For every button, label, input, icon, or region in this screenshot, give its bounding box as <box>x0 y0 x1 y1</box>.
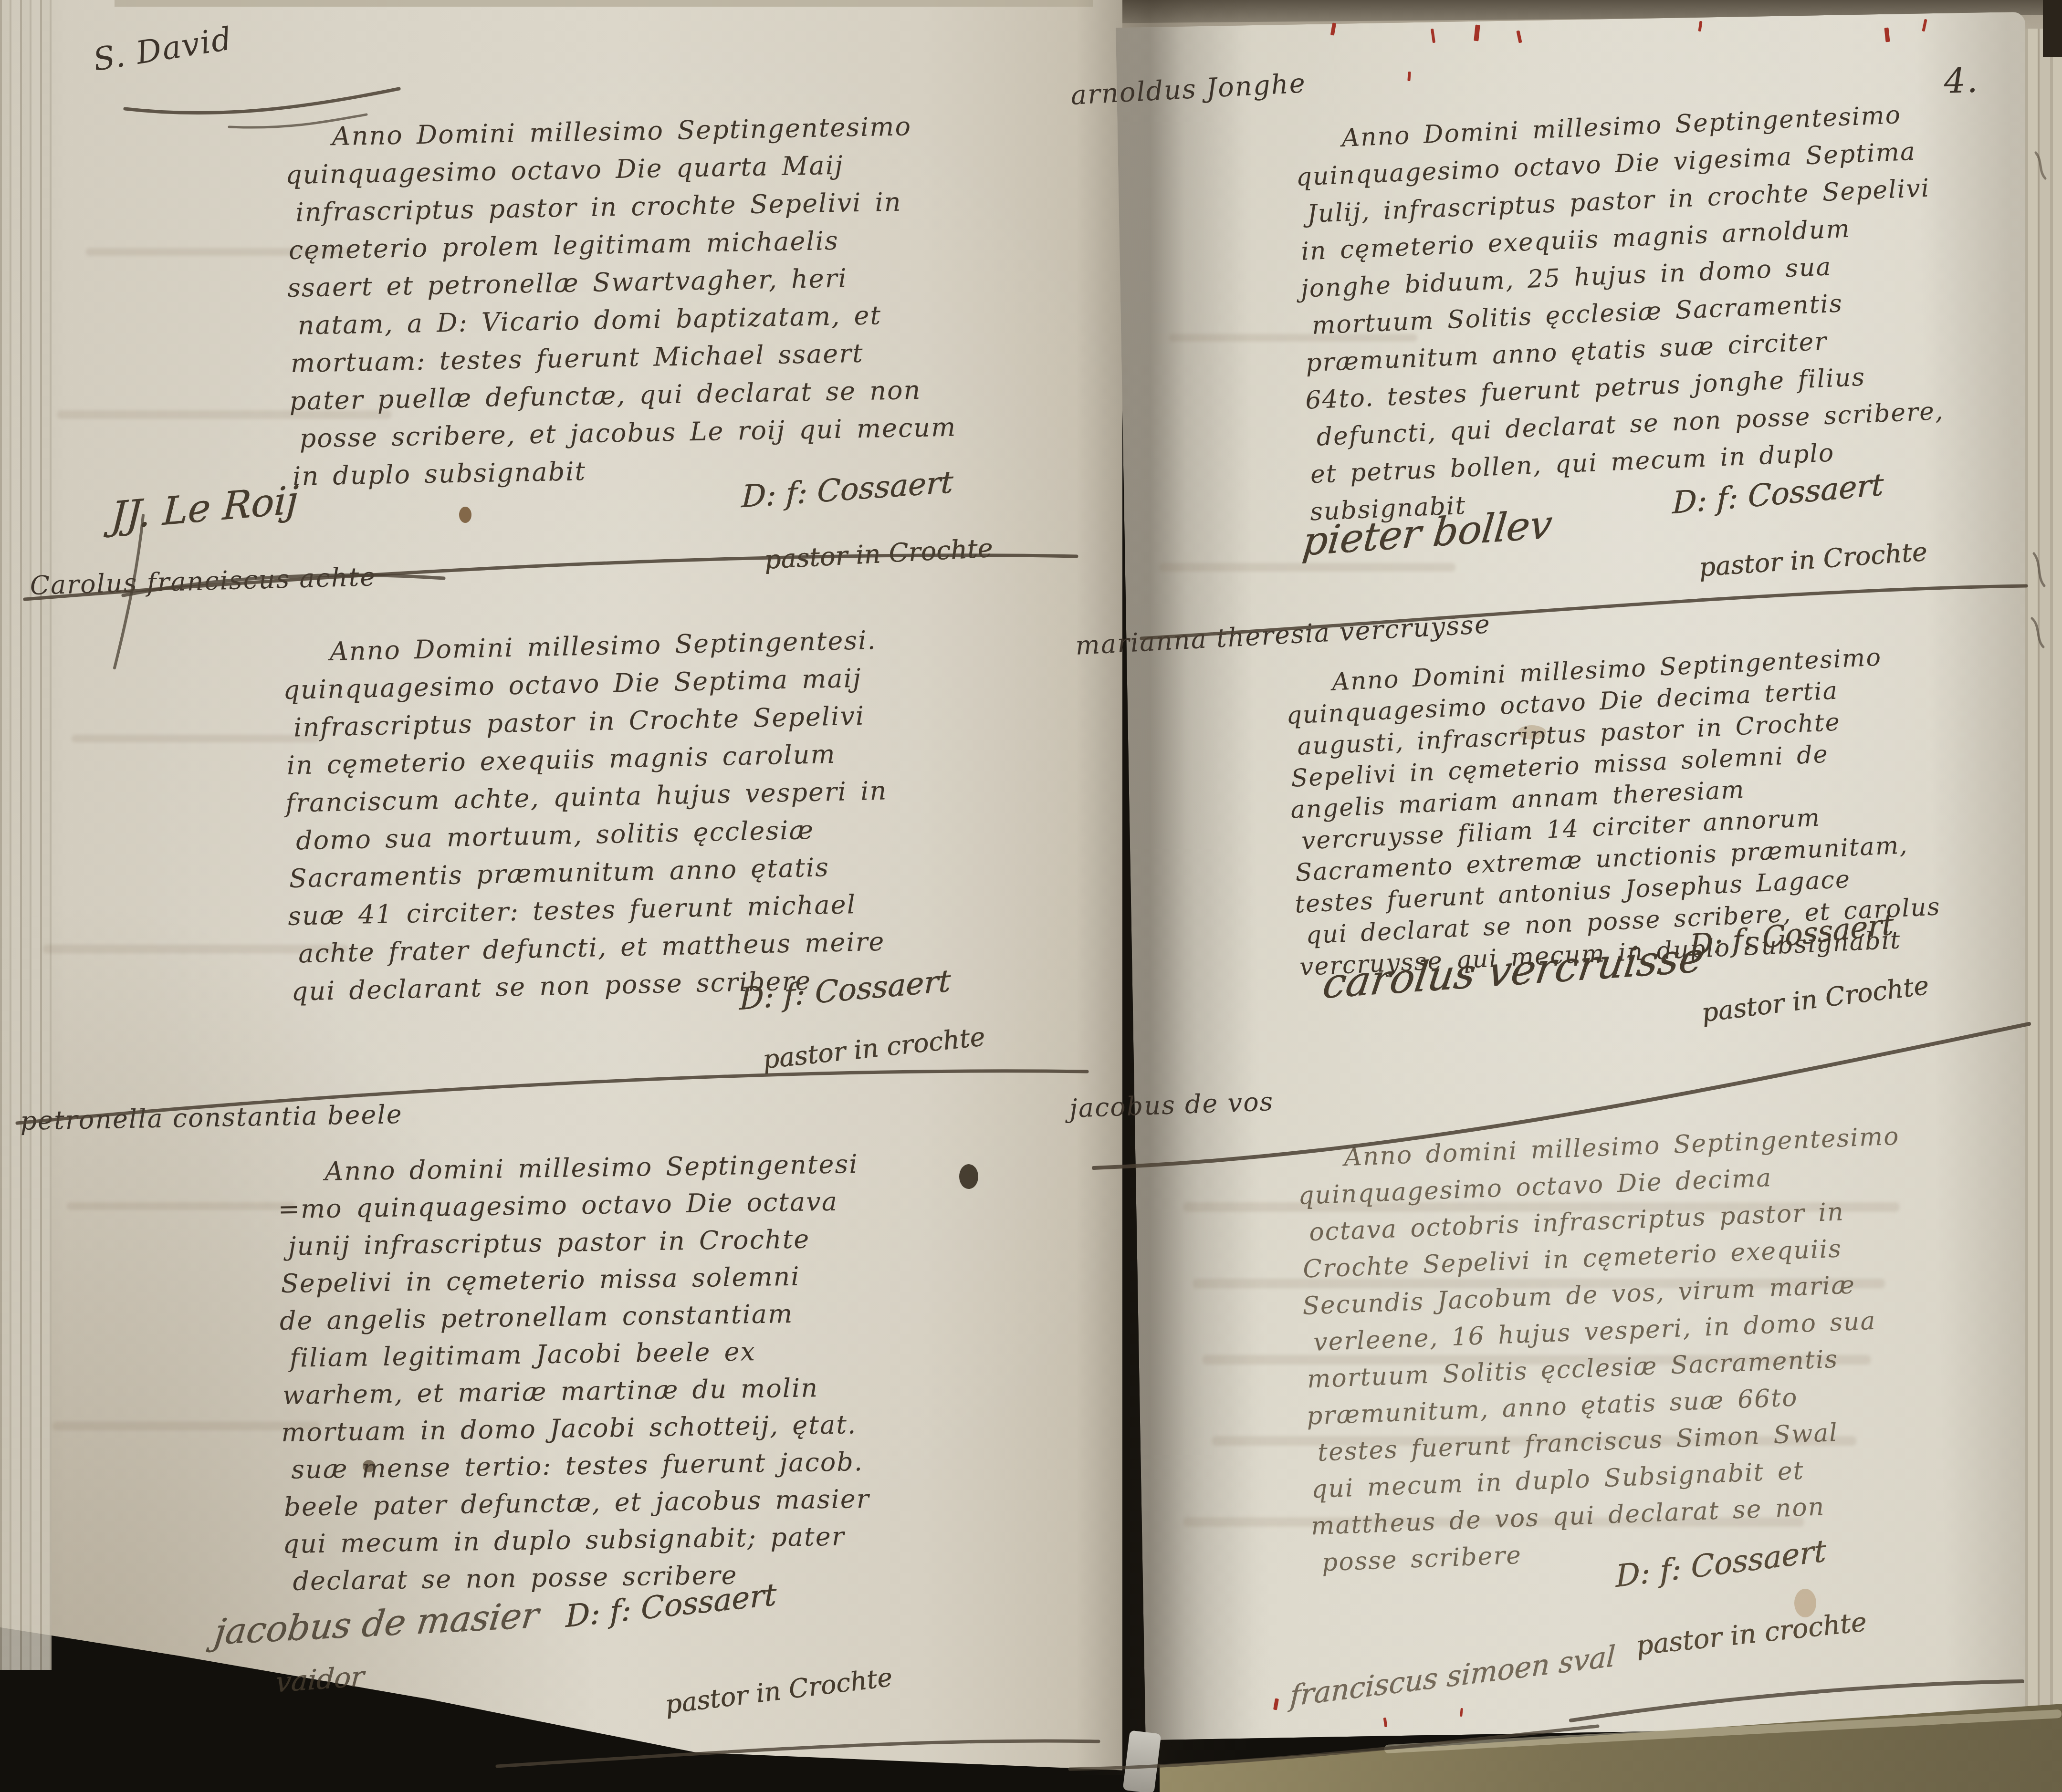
entry-body: Anno domini millesimo Septingentesi=mo q… <box>279 1143 1058 1600</box>
stacked-page-edges <box>0 0 52 1670</box>
entry-body: Anno Domini millesimo Septingentesimoqui… <box>286 105 1047 495</box>
manuscript-spread: S. David Anno Domini millesimo Septingen… <box>0 0 2062 1792</box>
entry-body: Anno Domini millesimo Septingentesi.quin… <box>284 617 1055 1010</box>
entry-body: Anno Domini millesimo Septingentesimoqui… <box>1286 635 2044 983</box>
witness-note: vaidor <box>274 1660 365 1698</box>
entry-body: Anno domini millesimo Septingentesimoqui… <box>1298 1113 2059 1582</box>
page-edge-sliver <box>115 0 1093 7</box>
binding-corner-shadow <box>2043 0 2062 57</box>
entry-body: Anno Domini millesimo Septingentesimoqui… <box>1296 91 2042 531</box>
page-weight <box>1123 1730 1162 1792</box>
